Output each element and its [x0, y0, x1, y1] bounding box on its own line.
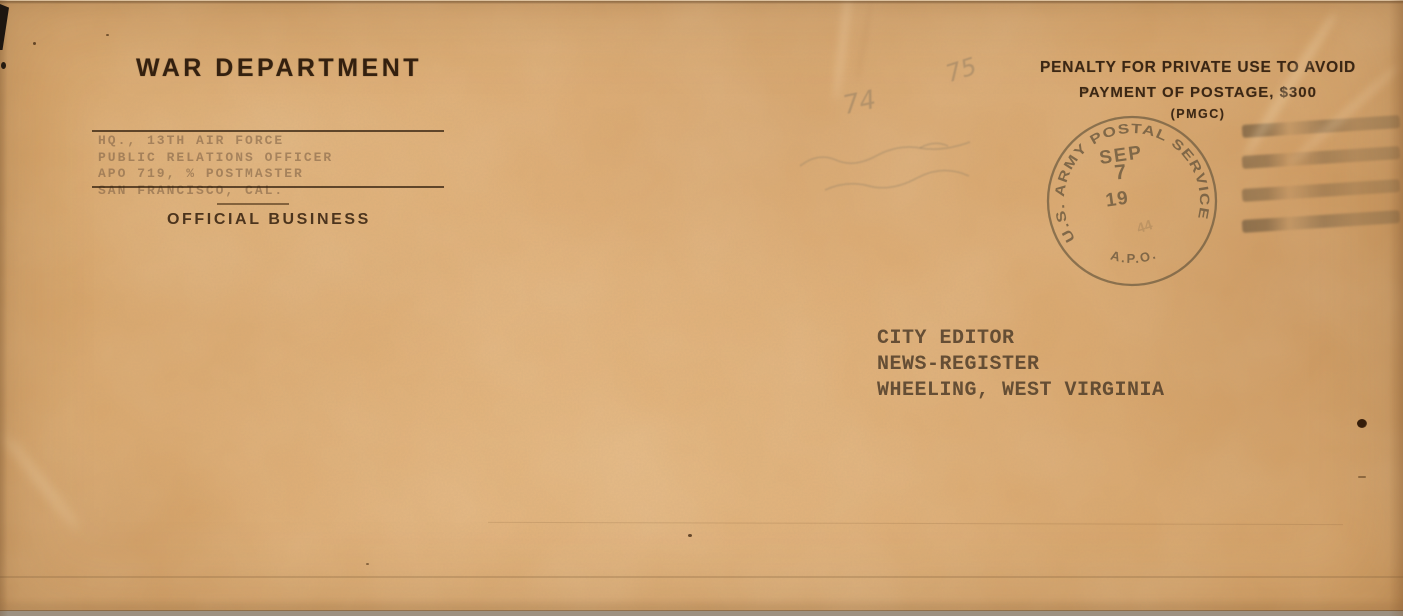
stamped-line: PUBLIC RELATIONS OFFICER [98, 150, 458, 167]
postmark-date-year-faint: 44 [1135, 216, 1155, 236]
paper-speck [366, 563, 369, 565]
postmark-date-day: 7 [1113, 160, 1127, 184]
stamped-line: SAN FRANCISCO, CAL. [98, 183, 458, 200]
pencil-scribbles [770, 118, 1030, 208]
return-address-rule-top [92, 130, 444, 132]
scan-edge-top [0, 0, 1403, 4]
paper-speck [33, 42, 36, 45]
cancellation-bar [1242, 179, 1401, 202]
paper-speck [106, 34, 109, 36]
stamped-line: APO 719, % POSTMASTER [98, 166, 458, 183]
pencil-note-left: 74 [840, 85, 879, 121]
pencil-note-right: 75 [942, 52, 980, 88]
stamped-line: HQ., 13TH AIR FORCE [98, 133, 458, 150]
return-address-rule-bottom [92, 186, 444, 188]
cancellation-bar [1242, 210, 1401, 233]
recipient-line-1: CITY EDITOR [877, 326, 1165, 352]
army-postmark: U.S. ARMY POSTAL SERVICE A.P.O. SEP 7 19… [1040, 109, 1230, 299]
recipient-line-3: WHEELING, WEST VIRGINIA [877, 378, 1165, 404]
scan-edge-right [1389, 0, 1403, 616]
cancellation-bar [1242, 146, 1401, 169]
crease-streak [854, 0, 875, 84]
paper-speck [688, 534, 692, 537]
ink-spot [1357, 419, 1367, 428]
fold-seam-bottom [0, 576, 1403, 578]
postmark-apo-text: A.P.O. [1109, 246, 1159, 266]
fold-seam-middle [488, 522, 1343, 525]
war-department-heading: WAR DEPARTMENT [136, 54, 422, 83]
ink-dash [1358, 476, 1366, 478]
postmark-date-year: 19 [1104, 188, 1130, 212]
paper-speck [1083, 88, 1086, 91]
recipient-address: CITY EDITOR NEWS-REGISTER WHEELING, WEST… [877, 326, 1165, 404]
recipient-line-2: NEWS-REGISTER [877, 352, 1165, 378]
official-business-label: OFFICIAL BUSINESS [167, 211, 371, 229]
edge-speck [1, 62, 6, 69]
return-address-rule-short [217, 203, 289, 205]
penalty-line-1: PENALTY FOR PRIVATE USE TO AVOID [1036, 59, 1360, 77]
crease-streak [1, 433, 83, 534]
penalty-line-2: PAYMENT OF POSTAGE, $300 [1036, 84, 1360, 101]
crease-streak [831, 0, 853, 100]
scan-edge-bottom [0, 611, 1403, 616]
scan-edge-left [0, 0, 8, 616]
envelope-scan: WAR DEPARTMENT HQ., 13TH AIR FORCE PUBLI… [0, 0, 1403, 616]
stamped-return-address: HQ., 13TH AIR FORCE PUBLIC RELATIONS OFF… [98, 133, 458, 199]
